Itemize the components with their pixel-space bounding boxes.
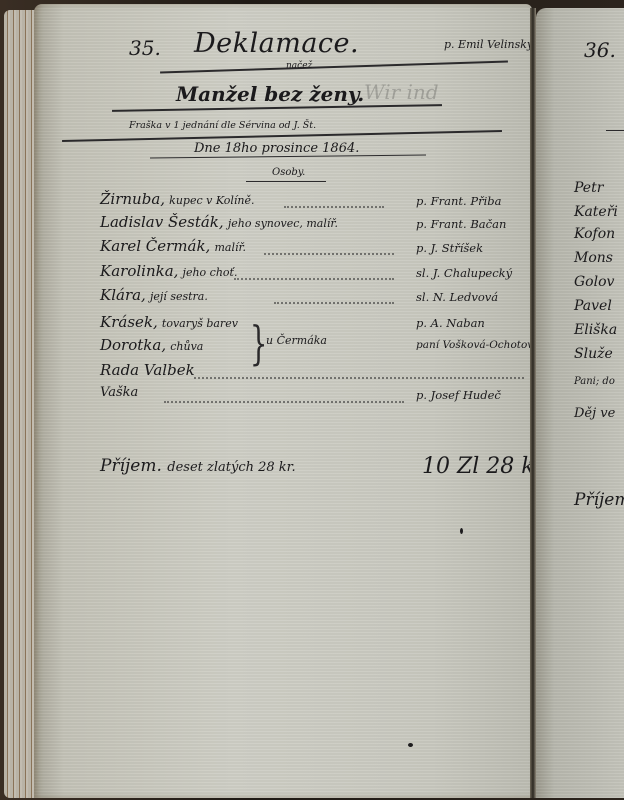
right-fragment: Služe xyxy=(574,346,613,362)
right-page: 36. Petr Kateři Kofon Mons Golov Pavel E… xyxy=(536,8,624,798)
role: Ladislav Šesták, jeho synovec, malíř. xyxy=(100,213,338,231)
role: Vaška xyxy=(100,385,138,400)
right-fragment: Pavel xyxy=(574,298,612,314)
page-number: 35. xyxy=(129,36,161,60)
right-fragment: Kateři xyxy=(574,204,618,220)
actor: p. Frant. Bačan xyxy=(416,217,506,231)
actor: p. A. Naban xyxy=(416,316,485,330)
play-title: Manžel bez ženy. xyxy=(176,82,364,106)
brace-note: u Čermáka xyxy=(266,334,327,347)
actor: sl. J. Chalupecký xyxy=(416,266,512,280)
director-credit: p. Emil Velinský xyxy=(444,38,533,51)
right-fragment: Golov xyxy=(574,274,614,290)
actor: p. J. Stříšek xyxy=(416,241,483,255)
right-fragment: Mons xyxy=(574,250,613,266)
right-fragment: Děj ve xyxy=(574,406,615,421)
title-underline xyxy=(160,61,508,73)
right-fragment: Eliška xyxy=(574,322,617,338)
role: Krásek, tovaryš barev xyxy=(100,313,238,331)
role: Rada Valbek xyxy=(100,361,195,379)
grouping-brace: } xyxy=(250,316,268,370)
page-title: Deklamace. xyxy=(194,28,359,59)
leader-dots xyxy=(164,401,404,403)
leader-dots xyxy=(234,278,394,280)
right-fragment: Pani; do xyxy=(574,376,615,387)
leader-dots xyxy=(194,377,524,379)
actor: p. Frant. Přiba xyxy=(416,194,501,208)
right-fragment: Kofon xyxy=(574,226,615,242)
actor: paní Vošková-Ochotová xyxy=(416,339,540,351)
ink-speck xyxy=(460,528,463,534)
role: Klára, její sestra. xyxy=(100,286,208,304)
genre-underline xyxy=(62,130,502,141)
ink-speck xyxy=(408,743,413,747)
cast-heading: Osoby. xyxy=(272,167,305,178)
leader-dots xyxy=(274,302,394,304)
right-fragment: Příjem xyxy=(574,490,624,510)
connector-word: načež xyxy=(286,61,312,71)
actor: sl. N. Ledvová xyxy=(416,290,498,304)
receipt-label: Příjem. deset zlatých 28 kr. xyxy=(100,456,296,476)
leader-dots xyxy=(284,206,384,208)
bleed-through-ink: Wir ind xyxy=(364,80,439,104)
left-page: 35. Deklamace. p. Emil Velinský načež Ma… xyxy=(34,4,532,798)
right-heading-rule xyxy=(606,130,624,131)
genre-line: Fraška v 1 jednání dle Sérvina od J. Št. xyxy=(129,120,316,131)
cast-heading-underline xyxy=(246,181,326,182)
role: Dorotka, chůva xyxy=(100,336,203,354)
performance-date: Dne 18ho prosince 1864. xyxy=(194,141,359,156)
role: Karel Čermák, malíř. xyxy=(100,237,246,255)
date-underline xyxy=(150,155,426,159)
role: Žirnuba, kupec v Kolíně. xyxy=(100,190,255,208)
role: Karolinka, jeho choť. xyxy=(100,262,237,280)
actor: p. Josef Hudeč xyxy=(416,388,501,402)
right-page-number: 36. xyxy=(584,38,616,62)
right-fragment: Petr xyxy=(574,180,603,196)
leader-dots xyxy=(264,253,394,255)
